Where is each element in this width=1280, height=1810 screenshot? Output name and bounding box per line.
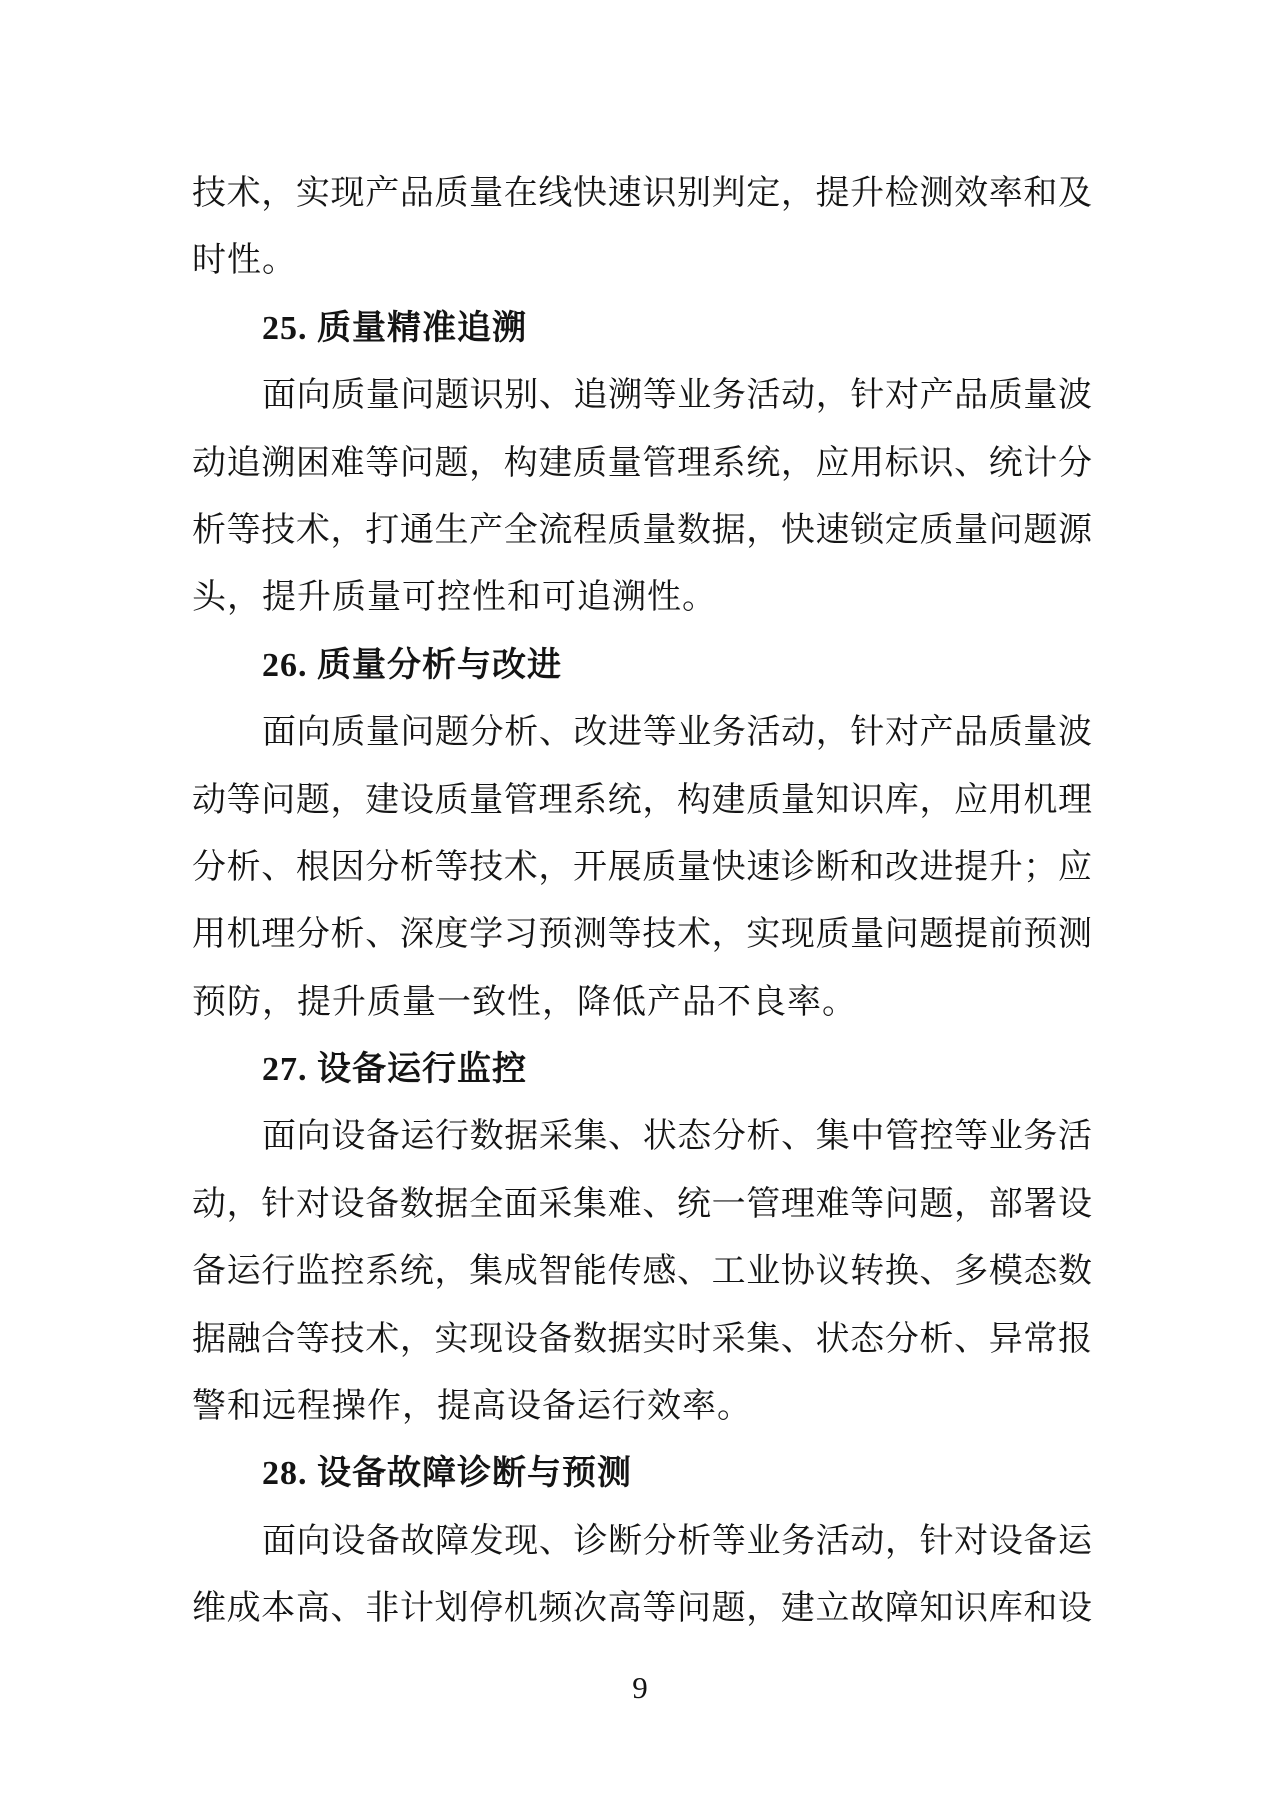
paragraph-line: 据融合等技术，实现设备数据实时采集、状态分析、异常报 — [192, 1306, 1092, 1373]
section-heading-27: 27. 设备运行监控 — [192, 1036, 1092, 1103]
paragraph-line: 用机理分析、深度学习预测等技术，实现质量问题提前预测 — [192, 901, 1092, 968]
paragraph-line: 动，针对设备数据全面采集难、统一管理难等问题，部署设 — [192, 1171, 1092, 1238]
paragraph-line: 面向设备故障发现、诊断分析等业务活动，针对设备运 — [192, 1508, 1092, 1575]
section-heading-28: 28. 设备故障诊断与预测 — [192, 1440, 1092, 1507]
paragraph-line: 面向质量问题分析、改进等业务活动，针对产品质量波 — [192, 699, 1092, 766]
document-page: 技术，实现产品质量在线快速识别判定，提升检测效率和及 时性。 25. 质量精准追… — [0, 0, 1280, 1810]
paragraph-line: 预防，提升质量一致性，降低产品不良率。 — [192, 969, 1092, 1036]
paragraph-line: 备运行监控系统，集成智能传感、工业协议转换、多模态数 — [192, 1238, 1092, 1305]
paragraph-line: 析等技术，打通生产全流程质量数据，快速锁定质量问题源 — [192, 497, 1092, 564]
section-heading-26: 26. 质量分析与改进 — [192, 632, 1092, 699]
paragraph-line: 分析、根因分析等技术，开展质量快速诊断和改进提升；应 — [192, 834, 1092, 901]
paragraph-line: 技术，实现产品质量在线快速识别判定，提升检测效率和及 — [192, 160, 1092, 227]
text-column: 技术，实现产品质量在线快速识别判定，提升检测效率和及 时性。 25. 质量精准追… — [192, 160, 1092, 1643]
page-number: 9 — [0, 1668, 1280, 1708]
paragraph-line: 动等问题，建设质量管理系统，构建质量知识库，应用机理 — [192, 767, 1092, 834]
paragraph-line: 面向设备运行数据采集、状态分析、集中管控等业务活 — [192, 1103, 1092, 1170]
section-heading-25: 25. 质量精准追溯 — [192, 295, 1092, 362]
paragraph-line: 动追溯困难等问题，构建质量管理系统，应用标识、统计分 — [192, 430, 1092, 497]
paragraph-line: 维成本高、非计划停机频次高等问题，建立故障知识库和设 — [192, 1575, 1092, 1642]
paragraph-line: 头，提升质量可控性和可追溯性。 — [192, 564, 1092, 631]
paragraph-line: 面向质量问题识别、追溯等业务活动，针对产品质量波 — [192, 362, 1092, 429]
paragraph-line: 警和远程操作，提高设备运行效率。 — [192, 1373, 1092, 1440]
paragraph-line: 时性。 — [192, 227, 1092, 294]
